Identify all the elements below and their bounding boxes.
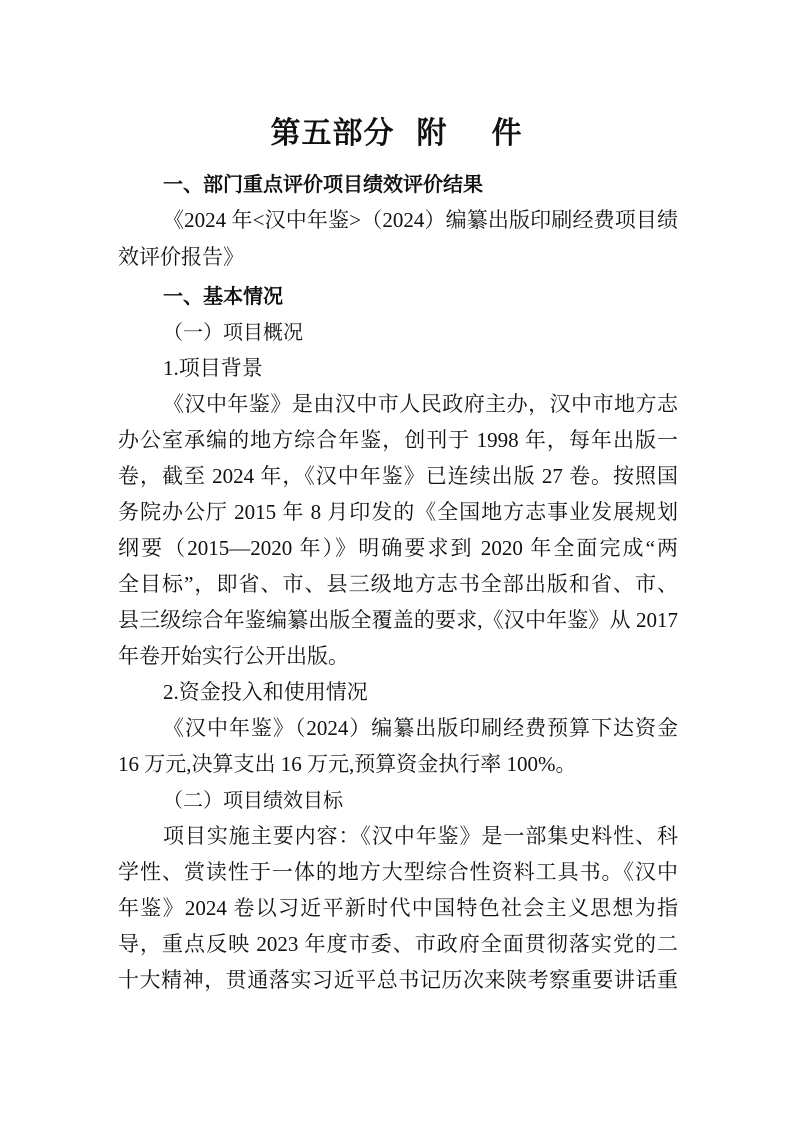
paragraph-line: 项目实施主要内容：《汉中年鉴》是一部集史料性、科: [163, 822, 678, 850]
page-title: 第五部分附件: [0, 108, 793, 152]
paragraph-line: 县三级综合年鉴编纂出版全覆盖的要求,《汉中年鉴》从 2017: [118, 606, 678, 634]
paragraph-line: 十大精神，贯通落实习近平总书记历次来陕考察重要讲话重: [118, 966, 678, 994]
paragraph-line: 学性、赏读性于一体的地方大型综合性资料工具书。《汉中: [118, 858, 678, 886]
paragraph-line: 年卷开始实行公开出版。: [118, 642, 678, 670]
title-part: 第五部分: [271, 116, 395, 151]
subsection-heading: 1.项目背景: [163, 354, 723, 382]
subsection-heading: （二）项目绩效目标: [163, 786, 723, 814]
paragraph-line: 16 万元,决算支出 16 万元,预算资金执行率 100%。: [118, 750, 678, 778]
paragraph-line: 务院办公厅 2015 年 8 月印发的《全国地方志事业发展规划: [118, 498, 678, 526]
section-heading: 一、部门重点评价项目绩效评价结果: [163, 170, 723, 198]
paragraph-line: 全目标”，即省、市、县三级地方志书全部出版和省、市、: [118, 570, 678, 598]
report-title: 效评价报告》: [118, 243, 678, 271]
paragraph-line: 导，重点反映 2023 年度市委、市政府全面贯彻落实党的二: [118, 930, 678, 958]
subsection-heading: （一）项目概况: [163, 318, 723, 346]
title-part: 件: [492, 116, 523, 151]
section-heading: 一、基本情况: [163, 282, 723, 310]
paragraph-line: 纲要（2015—2020 年）》明确要求到 2020 年全面完成“两: [118, 534, 678, 562]
paragraph-line: 《汉中年鉴》（2024）编纂出版印刷经费预算下达资金: [163, 714, 678, 742]
report-title: 《2024 年<汉中年鉴>（2024）编纂出版印刷经费项目绩: [163, 206, 678, 234]
title-part: 附: [417, 116, 448, 151]
document-page: 第五部分附件 一、部门重点评价项目绩效评价结果 《2024 年<汉中年鉴>（20…: [0, 0, 793, 1122]
paragraph-line: 年鉴》2024 卷以习近平新时代中国特色社会主义思想为指: [118, 894, 678, 922]
subsection-heading: 2.资金投入和使用情况: [163, 678, 723, 706]
paragraph-line: 办公室承编的地方综合年鉴，创刊于 1998 年，每年出版一: [118, 426, 678, 454]
paragraph-line: 卷，截至 2024 年，《汉中年鉴》已连续出版 27 卷。按照国: [118, 462, 678, 490]
paragraph-line: 《汉中年鉴》是由汉中市人民政府主办，汉中市地方志: [163, 390, 678, 418]
